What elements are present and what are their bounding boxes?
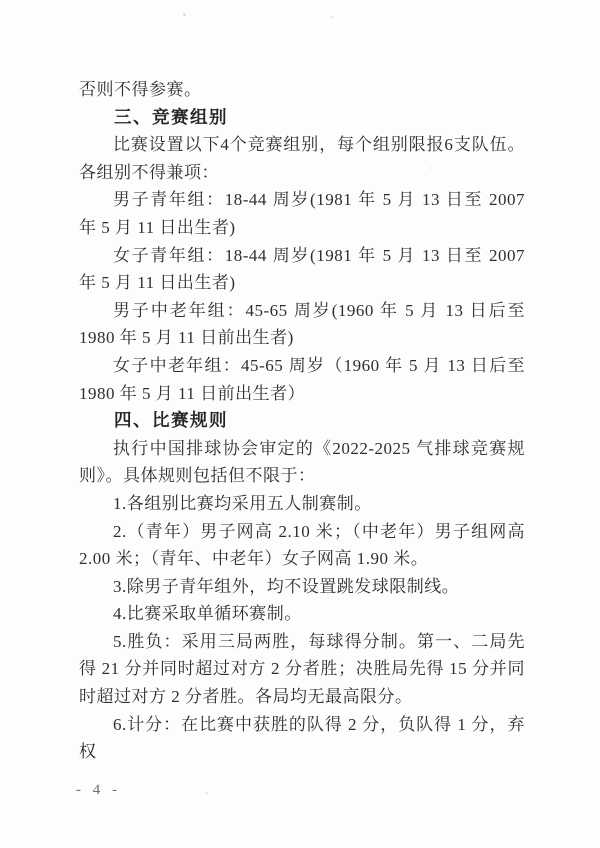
paragraph-womens-youth-group: 女子青年组：18-44 周岁(1981 年 5 月 13 日至 2007 年 5… <box>79 242 525 297</box>
paragraph-rules-intro: 执行中国排球协会审定的《2022-2025 气排球竞赛规则》。具体规则包括但不限… <box>79 435 525 490</box>
paragraph-rule-1: 1.各组别比赛均采用五人制赛制。 <box>79 490 525 518</box>
paragraph-group-intro: 比赛设置以下4个竞赛组别，每个组别限报6支队伍。各组别不得兼项： <box>79 131 525 186</box>
paragraph-rule-2: 2.（青年）男子网高 2.10 米；（中老年）男子组网高 2.00 米；（青年、… <box>79 518 525 573</box>
scan-speck <box>183 13 186 16</box>
scan-speck <box>205 792 208 794</box>
paragraph-rule-4: 4.比赛采取单循环赛制。 <box>79 600 525 628</box>
paragraph-rule-6: 6.计分：在比赛中获胜的队得 2 分，负队得 1 分，弃权 <box>79 711 525 766</box>
paragraph-rule-5: 5.胜负：采用三局两胜，每球得分制。第一、二局先得 21 分并同时超过对方 2 … <box>79 628 525 711</box>
section-heading-match-rules: 四、比赛规则 <box>79 407 525 435</box>
paragraph-mens-senior-group: 男子中老年组：45-65 周岁(1960 年 5 月 13 日后至 1980 年… <box>79 297 525 352</box>
paragraph-mens-youth-group: 男子青年组：18-44 周岁(1981 年 5 月 13 日至 2007 年 5… <box>79 186 525 241</box>
paragraph-continuation: 否则不得参赛。 <box>79 76 525 104</box>
scan-speck <box>330 16 333 18</box>
paragraph-womens-senior-group: 女子中老年组：45-65 周岁（1960 年 5 月 13 日后至 1980 年… <box>79 352 525 407</box>
page-number: - 4 - <box>76 782 121 799</box>
document-body: 否则不得参赛。 三、竞赛组别 比赛设置以下4个竞赛组别，每个组别限报6支队伍。各… <box>79 76 525 766</box>
section-heading-competition-groups: 三、竞赛组别 <box>79 104 525 132</box>
paragraph-rule-3: 3.除男子青年组外，均不设置跳发球限制线。 <box>79 573 525 601</box>
document-page: 否则不得参赛。 三、竞赛组别 比赛设置以下4个竞赛组别，每个组别限报6支队伍。各… <box>0 0 600 848</box>
